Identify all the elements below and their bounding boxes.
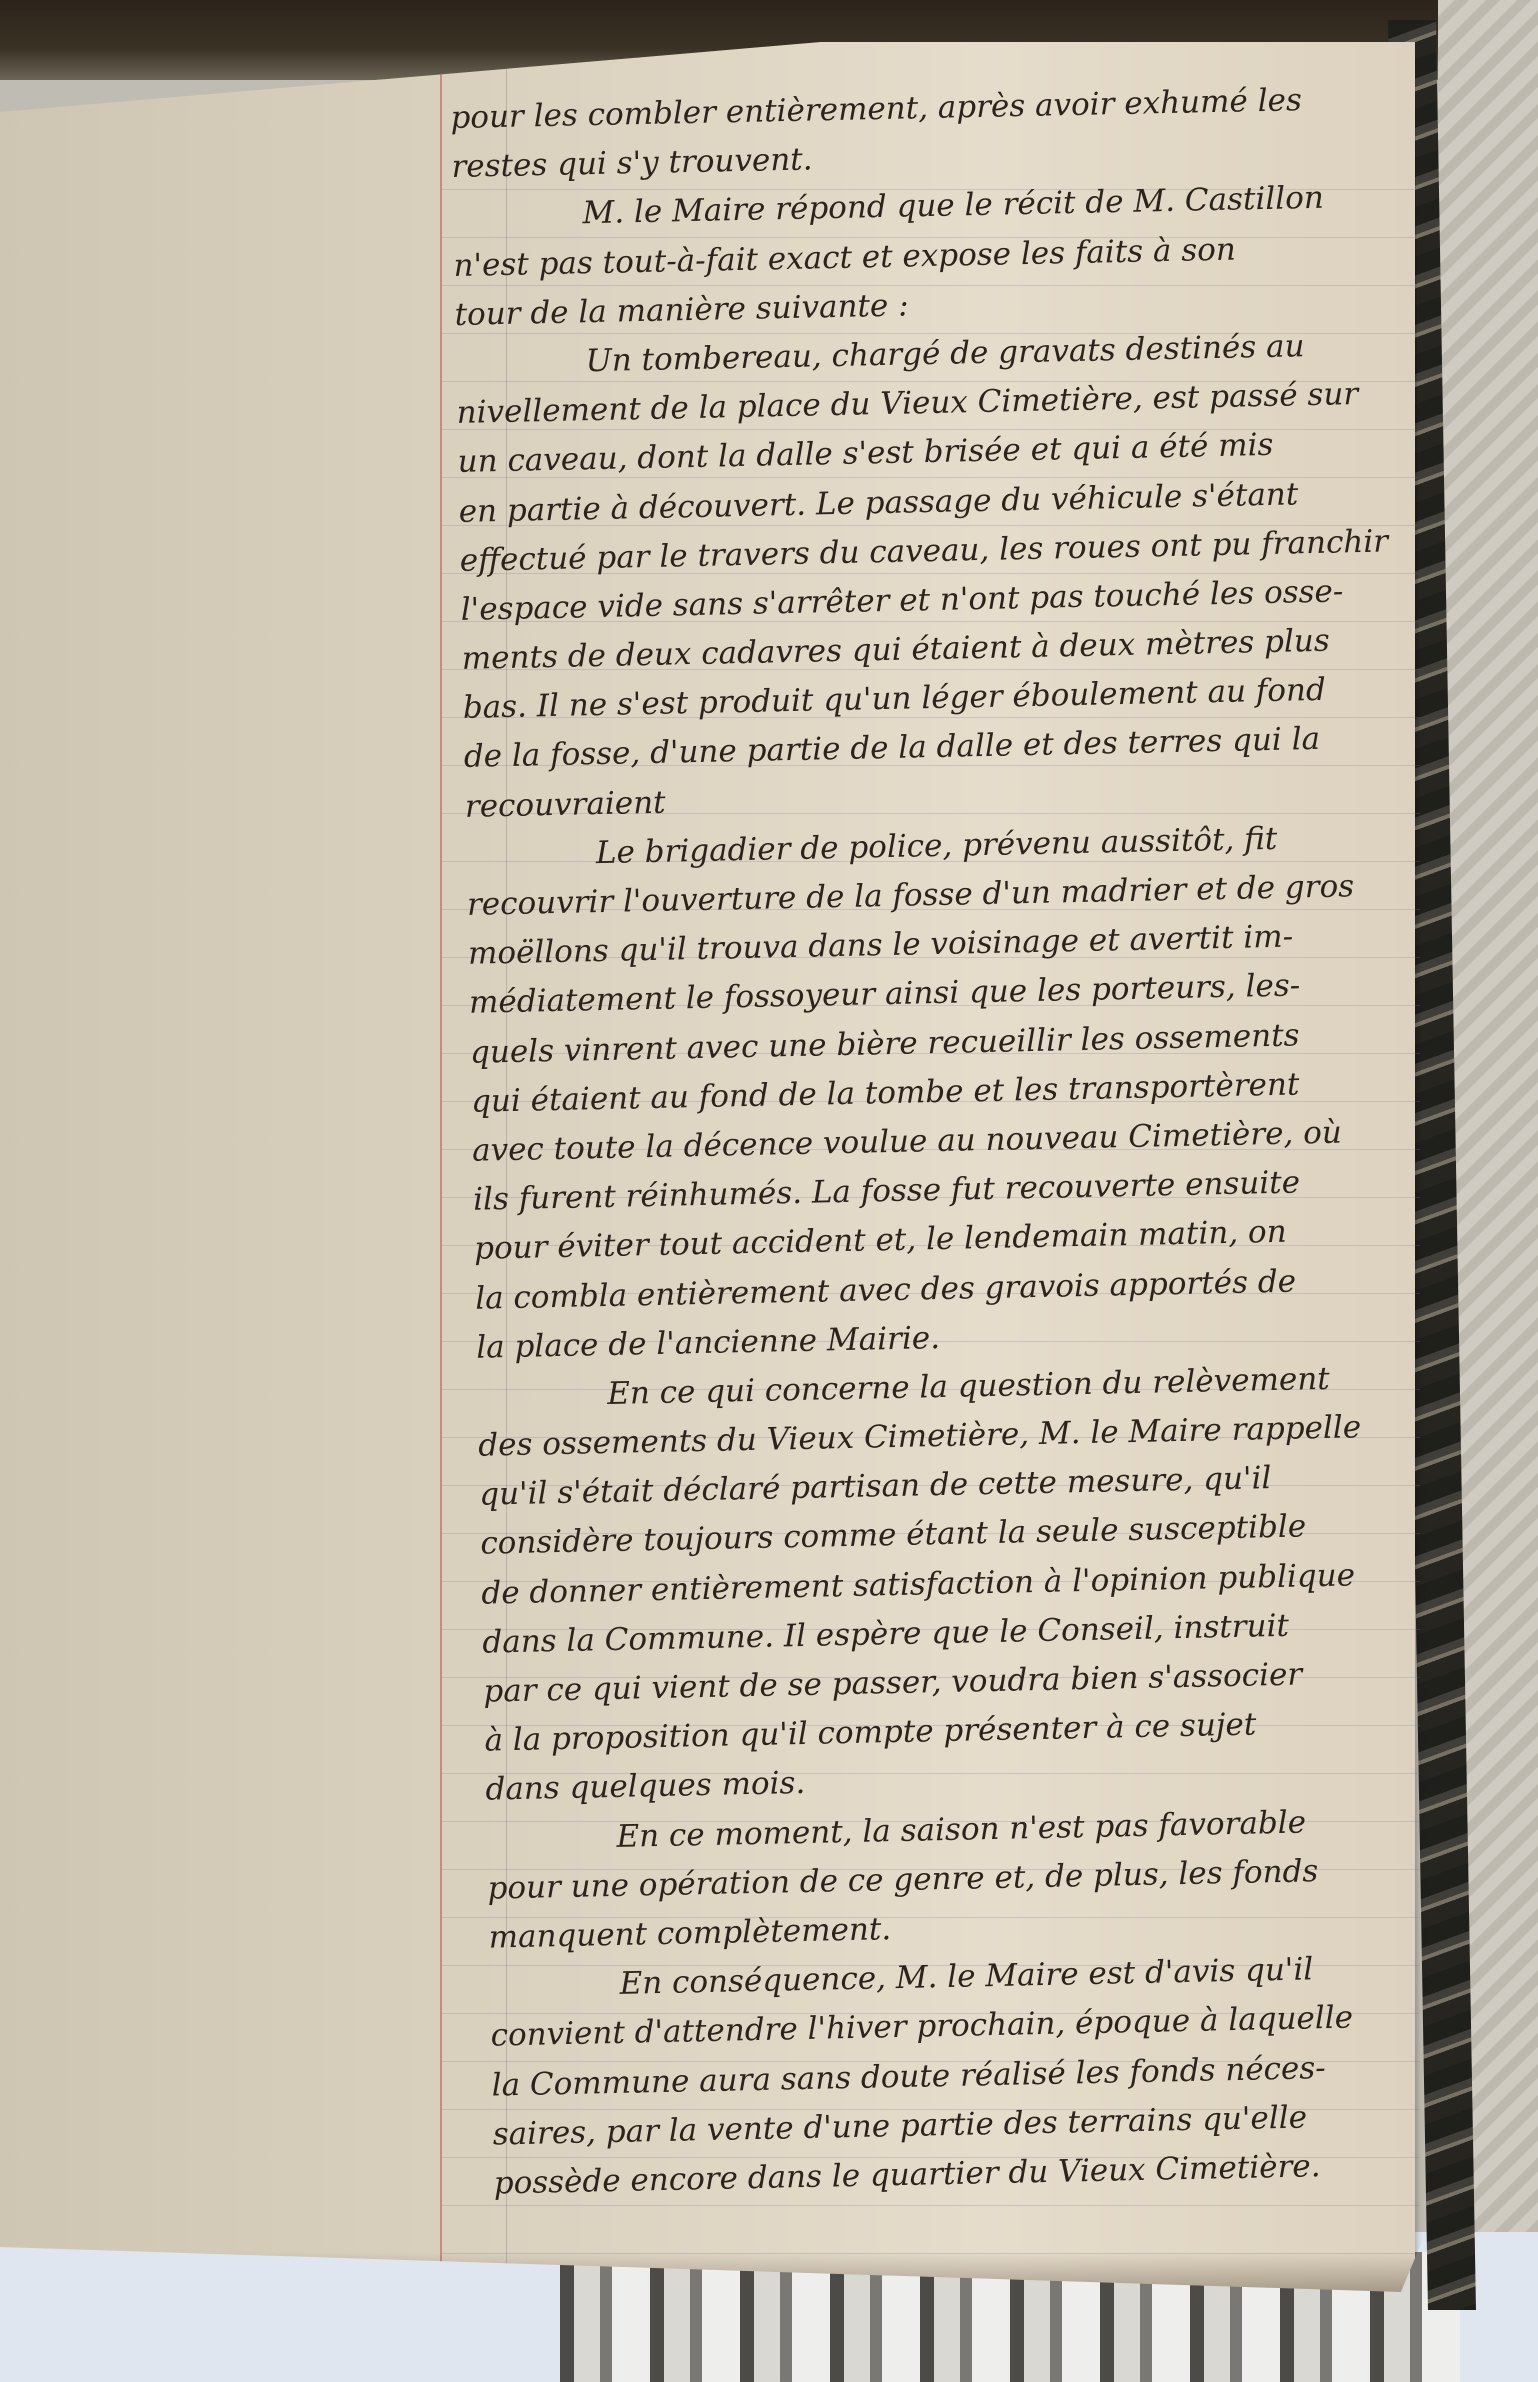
margin-rule-red xyxy=(440,42,442,2292)
register-page: pour les combler entièrement, après avoi… xyxy=(0,42,1415,2292)
handwritten-text: pour les combler entièrement, après avoi… xyxy=(450,74,1454,2209)
